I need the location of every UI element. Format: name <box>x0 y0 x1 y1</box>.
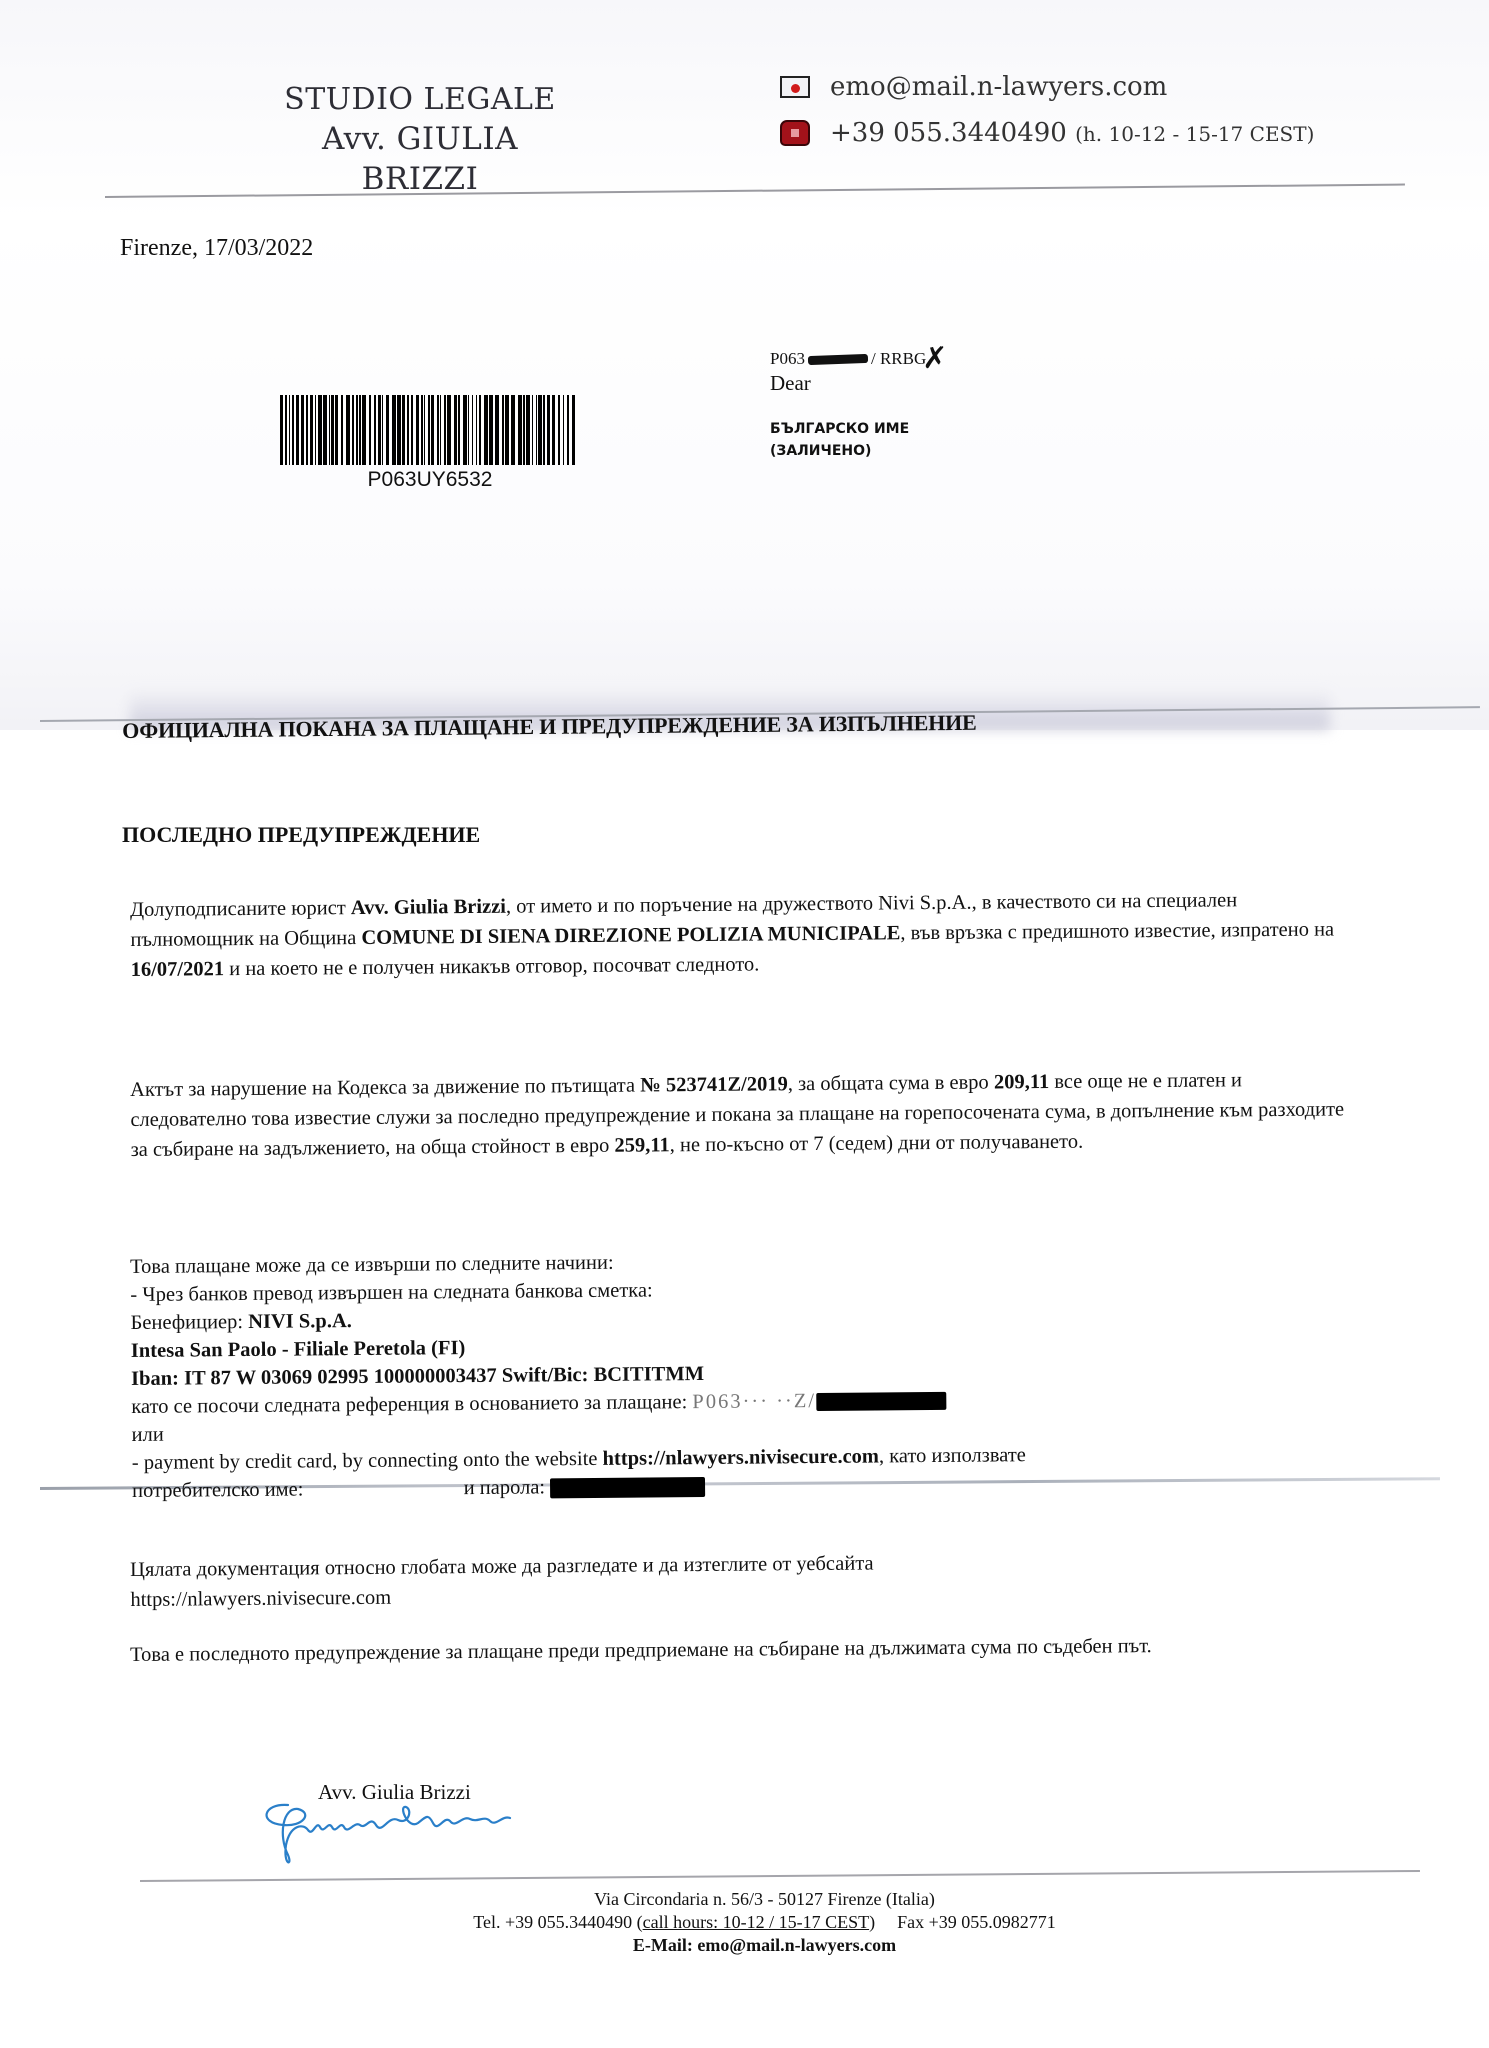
text: , във връзка с предишното известие, изпр… <box>900 918 1334 944</box>
paragraph-final-warning: Това е последното предупреждение за плащ… <box>130 1629 1360 1670</box>
footer-call-hours: call hours: 10-12 / 15-17 CEST <box>643 1912 869 1932</box>
iban-line: Iban: IT 87 W 03069 02995 100000003437 S… <box>131 1363 704 1390</box>
redaction-box <box>816 1392 946 1411</box>
text: и на което не е получен никакъв отговор,… <box>224 954 759 981</box>
violation-number: № 523741Z/2019 <box>640 1073 788 1096</box>
username-label: потребителско име: <box>132 1478 304 1501</box>
header-email: emo@mail.n-lawyers.com <box>830 72 1167 102</box>
reference-prefix: P063 <box>770 349 805 369</box>
header-phone-hours: (h. 10-12 - 15-17 CEST) <box>1075 122 1314 146</box>
document-subtitle: ПОСЛЕДНО ПРЕДУПРЕЖДЕНИЕ <box>122 822 480 848</box>
signatory-name: Avv. Giulia Brizzi <box>318 1780 471 1805</box>
total-amount: 259,11 <box>614 1134 669 1156</box>
footer-phone: Tel. +39 055.3440490 ( <box>473 1912 642 1932</box>
reference-value: P063··· ··Z/ <box>692 1390 816 1413</box>
redaction-mark <box>808 353 868 364</box>
paragraph-intro: Долуподписаните юрист Avv. Giulia Brizzi… <box>130 884 1361 985</box>
reference-line: P063 / RRBG ✗ <box>770 344 947 374</box>
lawyer-name: Avv. Giulia Brizzi <box>351 896 506 919</box>
header-phone-row: +39 055.3440490 (h. 10-12 - 15-17 CEST) <box>780 118 1314 148</box>
beneficiary-label: Бенефициер: <box>131 1311 249 1334</box>
payment-instructions: Това плащане може да се извърши по следн… <box>130 1242 1362 1505</box>
municipality-name: COMUNE DI SIENA DIREZIONE POLIZIA MUNICI… <box>361 922 900 949</box>
footer-email: E-Mail: emo@mail.n-lawyers.com <box>40 1934 1489 1957</box>
phone-icon <box>780 120 810 146</box>
date-line: Firenze, 17/03/2022 <box>120 235 313 262</box>
firm-name-line1: STUDIO LEGALE <box>260 80 580 119</box>
username-redacted <box>309 1494 459 1495</box>
reference-suffix: / RRBG <box>871 349 926 369</box>
text: - payment by credit card, by connecting … <box>132 1448 603 1474</box>
header-email-row: emo@mail.n-lawyers.com <box>780 72 1167 102</box>
barcode <box>280 395 580 465</box>
password-label: и парола: <box>464 1476 546 1499</box>
text: , за общата сума в евро <box>788 1071 994 1095</box>
text: Актът за нарушение на Кодекса за движени… <box>130 1075 640 1101</box>
paragraph-documentation: Цялата документация относно глобата може… <box>130 1544 1360 1615</box>
firm-name-line2: Avv. GIULIA BRIZZI <box>260 119 580 200</box>
text: , като използвате <box>879 1444 1026 1467</box>
barcode-number: P063UY6532 <box>280 468 580 492</box>
footer: Via Circondaria n. 56/3 - 50127 Firenze … <box>0 1888 1489 1957</box>
recipient-name: БЪЛГАРСКО ИМЕ (ЗАЛИЧЕНО) <box>770 418 909 463</box>
firm-name: STUDIO LEGALE Avv. GIULIA BRIZZI <box>260 80 580 200</box>
reference-label: като се посочи следната референция в осн… <box>131 1391 692 1418</box>
text: ) <box>869 1912 875 1932</box>
mail-icon <box>780 76 810 98</box>
paper-shading <box>0 0 1489 730</box>
salutation: Dear <box>770 371 811 396</box>
header-phone: +39 055.3440490 <box>830 118 1067 148</box>
cross-mark-icon: ✗ <box>922 344 947 374</box>
recipient-name-line2: (ЗАЛИЧЕНО) <box>770 440 909 462</box>
text: Долуподписаните юрист <box>130 897 351 921</box>
bank-name: Intesa San Paolo - Filiale Peretola (FI) <box>131 1337 466 1362</box>
password-redacted <box>550 1477 705 1498</box>
footer-phone-line: Tel. +39 055.3440490 (call hours: 10-12 … <box>40 1911 1489 1934</box>
footer-fax: Fax +39 055.0982771 <box>897 1912 1056 1932</box>
recipient-name-line1: БЪЛГАРСКО ИМЕ <box>770 418 909 440</box>
fine-amount: 209,11 <box>994 1071 1049 1093</box>
footer-address: Via Circondaria n. 56/3 - 50127 Firenze … <box>40 1888 1489 1911</box>
text: , не по-късно от 7 (седем) дни от получа… <box>670 1131 1084 1157</box>
previous-notice-date: 16/07/2021 <box>131 958 225 981</box>
paragraph-violation: Актът за нарушение на Кодекса за движени… <box>130 1064 1361 1165</box>
payment-website-link[interactable]: https://nlawyers.nivisecure.com <box>602 1445 879 1469</box>
beneficiary-name: NIVI S.p.A. <box>248 1310 352 1333</box>
